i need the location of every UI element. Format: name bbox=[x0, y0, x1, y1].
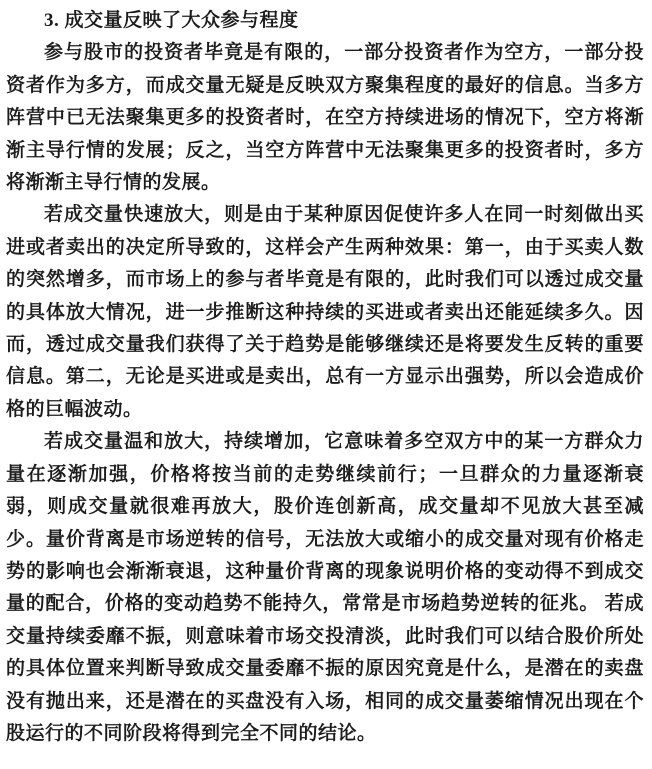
section-heading: 3. 成交量反映了大众参与程度 bbox=[6, 5, 644, 37]
paragraph-2: 若成交量快速放大，则是由于某种原因促使许多人在同一时刻做出买进或者卖出的决定所导… bbox=[6, 199, 644, 426]
paragraph-1: 参与股市的投资者毕竟是有限的，一部分投资者作为空方，一部分投资者作为多方，而成交… bbox=[6, 37, 644, 199]
book-page: 3. 成交量反映了大众参与程度 参与股市的投资者毕竟是有限的，一部分投资者作为空… bbox=[0, 0, 652, 769]
paragraph-3: 若成交量温和放大，持续增加，它意味着多空双方中的某一方群众力量在逐渐加强，价格将… bbox=[6, 426, 644, 750]
